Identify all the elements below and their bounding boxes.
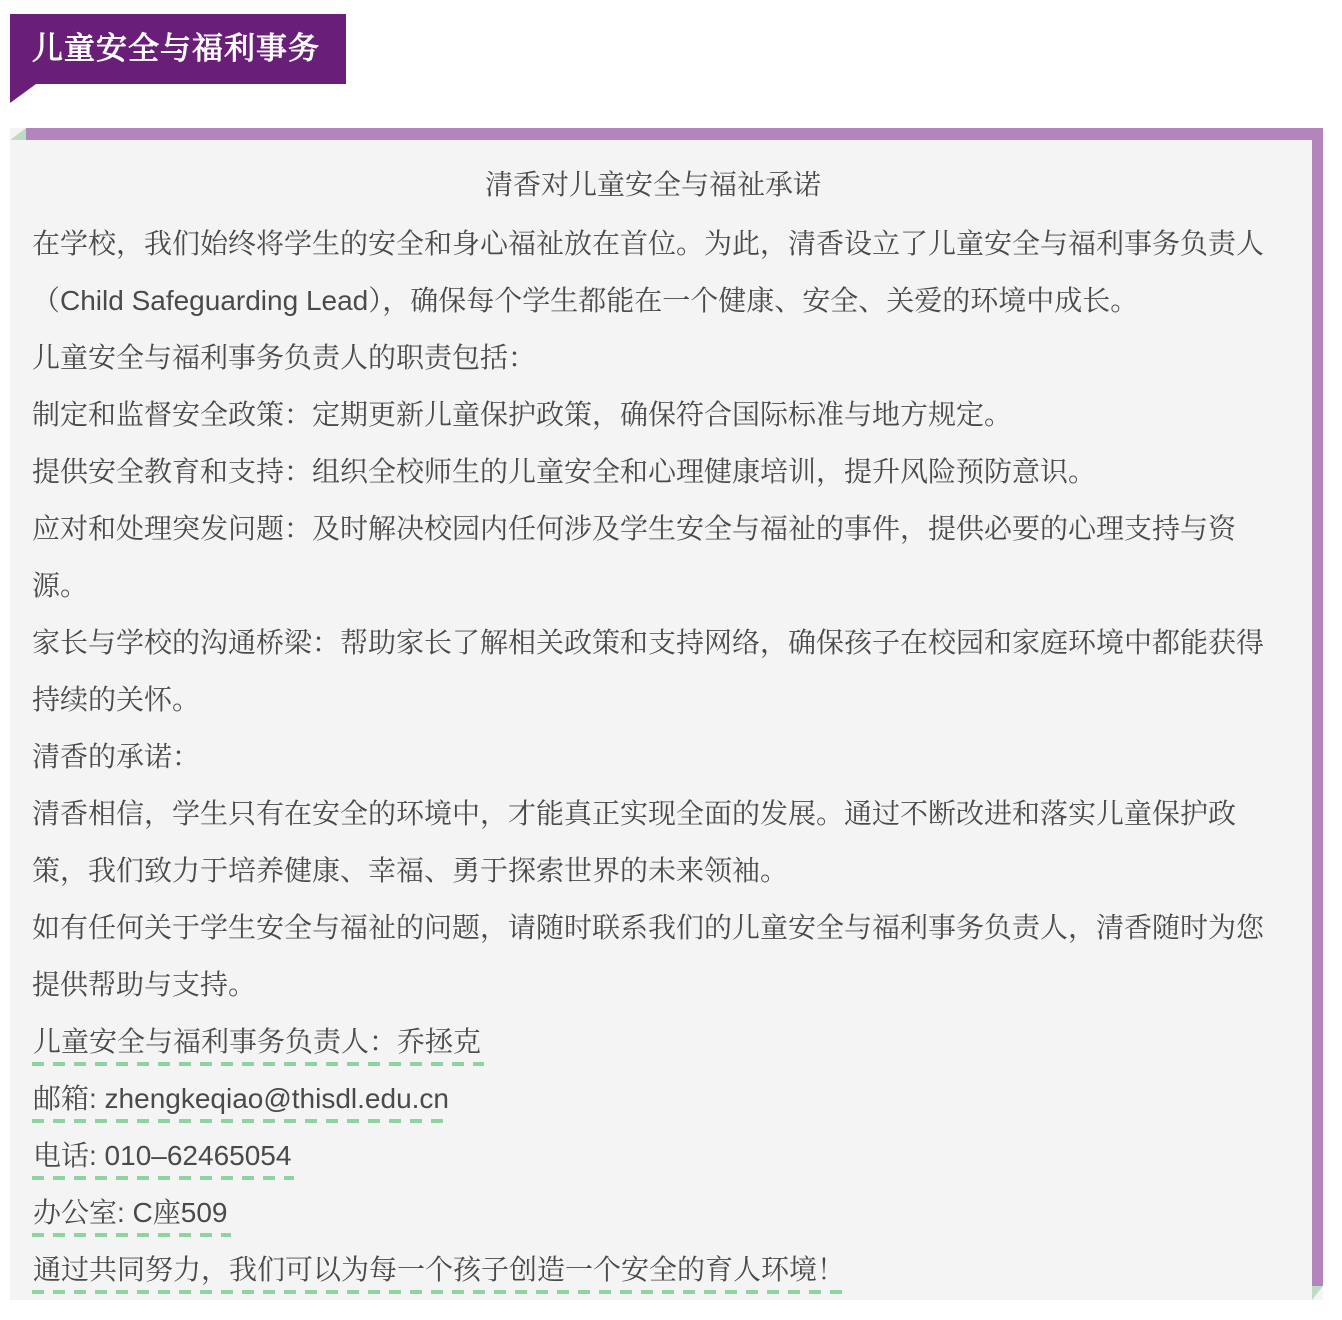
contact-office-text: 办公室: C座509 <box>32 1197 231 1237</box>
paragraph-intro: 在学校，我们始终将学生的安全和身心福祉放在首位。为此，清香设立了儿童安全与福利事… <box>32 215 1274 329</box>
section-tab-fold <box>10 84 36 103</box>
panel-bottom-right-corner-accent <box>1312 1286 1323 1300</box>
contact-office-line: 办公室: C座509 <box>32 1184 1274 1241</box>
contact-phone-text: 电话: 010–62465054 <box>32 1140 294 1180</box>
contact-lead-line: 儿童安全与福利事务负责人：乔拯克 <box>32 1013 1274 1070</box>
closing-text: 通过共同努力，我们可以为每一个孩子创造一个安全的育人环境！ <box>32 1254 848 1294</box>
contact-phone-line: 电话: 010–62465054 <box>32 1127 1274 1184</box>
paragraph-contact-intro: 如有任何关于学生安全与福祉的问题，请随时联系我们的儿童安全与福利事务负责人，清香… <box>32 899 1274 1013</box>
paragraph-duties-heading: 儿童安全与福利事务负责人的职责包括： <box>32 329 1274 386</box>
closing-line: 通过共同努力，我们可以为每一个孩子创造一个安全的育人环境！ <box>32 1241 1274 1298</box>
contact-email-text: 邮箱: zhengkeqiao@thisdl.edu.cn <box>32 1083 452 1123</box>
paragraph-duty-incidents: 应对和处理突发问题：及时解决校园内任何涉及学生安全与福祉的事件，提供必要的心理支… <box>32 500 1274 614</box>
contact-lead-text: 儿童安全与福利事务负责人：乔拯克 <box>32 1026 484 1066</box>
paragraph-promise: 清香相信，学生只有在安全的环境中，才能真正实现全面的发展。通过不断改进和落实儿童… <box>32 785 1274 899</box>
panel-right-border <box>1312 140 1323 1286</box>
paragraph-duty-policy: 制定和监督安全政策：定期更新儿童保护政策，确保符合国际标准与地方规定。 <box>32 386 1274 443</box>
panel-top-border <box>26 128 1323 140</box>
panel-top-left-corner-accent <box>10 128 26 140</box>
content-panel: 清香对儿童安全与福祉承诺 在学校，我们始终将学生的安全和身心福祉放在首位。为此，… <box>10 128 1323 1300</box>
section-tab-label: 儿童安全与福利事务 <box>32 31 320 66</box>
paragraph-duty-education: 提供安全教育和支持：组织全校师生的儿童安全和心理健康培训，提升风险预防意识。 <box>32 443 1274 500</box>
contact-email-line: 邮箱: zhengkeqiao@thisdl.edu.cn <box>32 1070 1274 1127</box>
paragraph-promise-heading: 清香的承诺： <box>32 728 1274 785</box>
document-title: 清香对儿童安全与福祉承诺 <box>32 156 1274 213</box>
panel-content: 清香对儿童安全与福祉承诺 在学校，我们始终将学生的安全和身心福祉放在首位。为此，… <box>10 140 1312 1300</box>
section-tab: 儿童安全与福利事务 <box>10 14 346 84</box>
paragraph-duty-bridge: 家长与学校的沟通桥梁：帮助家长了解相关政策和支持网络，确保孩子在校园和家庭环境中… <box>32 614 1274 728</box>
